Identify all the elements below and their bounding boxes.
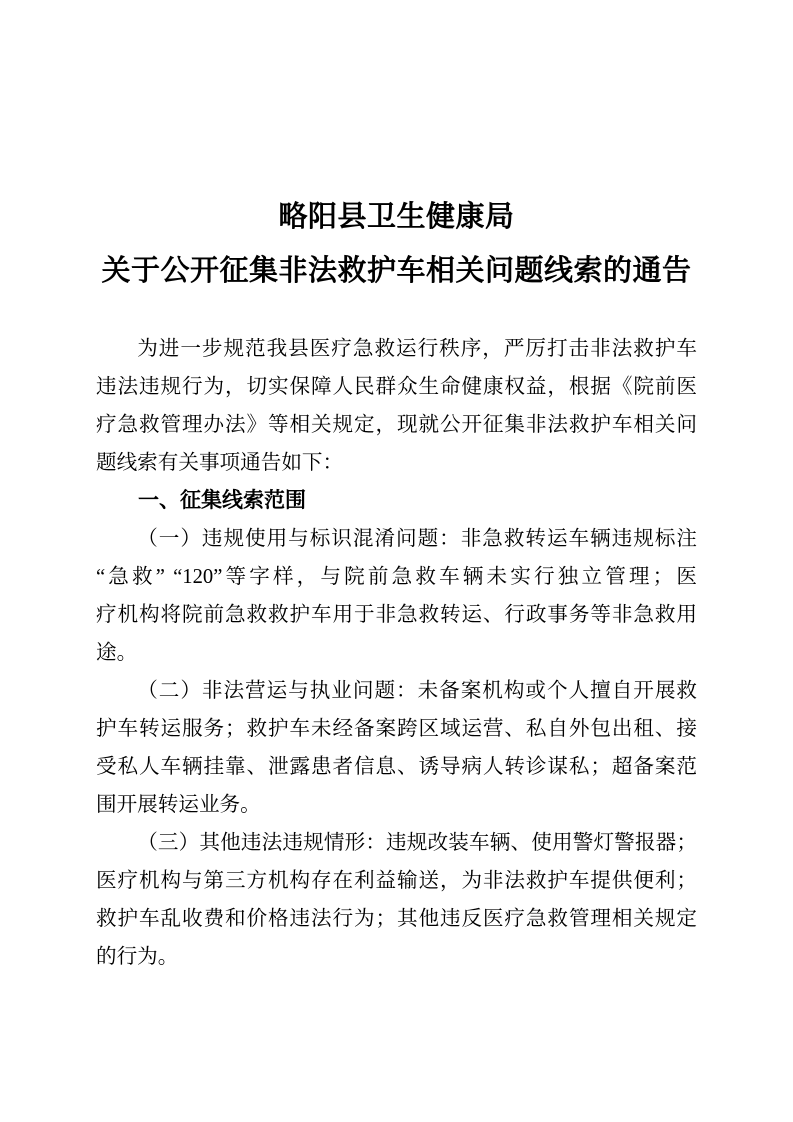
clue-item-3-paragraph: （三）其他违法违规情形：违规改装车辆、使用警灯警报器； 医疗机构与第三方机构存在… xyxy=(96,824,697,976)
title-line-2: 关于公开征集非法救护车相关问题线索的通告 xyxy=(0,244,793,298)
text-line: 围开展转运业务。 xyxy=(96,786,697,824)
title-line-1: 略阳县卫生健康局 xyxy=(0,190,793,244)
intro-paragraph: 为进一步规范我县医疗急救运行秩序，严厉打击非法救护车 违法违规行为，切实保障人民… xyxy=(96,330,697,482)
text-line: 的行为。 xyxy=(96,938,697,976)
text-line: 为进一步规范我县医疗急救运行秩序，严厉打击非法救护车 xyxy=(96,330,697,368)
document-title: 略阳县卫生健康局 关于公开征集非法救护车相关问题线索的通告 xyxy=(0,0,793,298)
text-line: （二）非法营运与执业问题：未备案机构或个人擅自开展救 xyxy=(96,672,697,710)
text-line: 护车转运服务；救护车未经备案跨区域运营、私自外包出租、接 xyxy=(96,710,697,748)
text-line: 疗机构将院前急救救护车用于非急救转运、行政事务等非急救用 xyxy=(96,596,697,634)
text-line: （三）其他违法违规情形：违规改装车辆、使用警灯警报器； xyxy=(96,824,697,862)
text-line: （一）违规使用与标识混淆问题：非急救转运车辆违规标注 xyxy=(96,520,697,558)
text-line: 途。 xyxy=(96,634,697,672)
text-line: 医疗机构与第三方机构存在利益输送，为非法救护车提供便利； xyxy=(96,862,697,900)
text-line: 题线索有关事项通告如下： xyxy=(96,444,697,482)
clue-item-1-paragraph: （一）违规使用与标识混淆问题：非急救转运车辆违规标注 “急救” “120”等字样… xyxy=(96,520,697,672)
clue-item-2-paragraph: （二）非法营运与执业问题：未备案机构或个人擅自开展救 护车转运服务；救护车未经备… xyxy=(96,672,697,824)
text-line: 违法违规行为，切实保障人民群众生命健康权益，根据《院前医 xyxy=(96,368,697,406)
text-line: 救护车乱收费和价格违法行为；其他违反医疗急救管理相关规定 xyxy=(96,900,697,938)
text-line: 疗急救管理办法》等相关规定，现就公开征集非法救护车相关问 xyxy=(96,406,697,444)
text-line: “急救” “120”等字样，与院前急救车辆未实行独立管理；医 xyxy=(96,558,697,596)
section-1-heading: 一、征集线索范围 xyxy=(96,482,697,520)
document-page: 略阳县卫生健康局 关于公开征集非法救护车相关问题线索的通告 为进一步规范我县医疗… xyxy=(0,0,793,1122)
text-line: 受私人车辆挂靠、泄露患者信息、诱导病人转诊谋私；超备案范 xyxy=(96,748,697,786)
document-body: 为进一步规范我县医疗急救运行秩序，严厉打击非法救护车 违法违规行为，切实保障人民… xyxy=(96,330,697,976)
